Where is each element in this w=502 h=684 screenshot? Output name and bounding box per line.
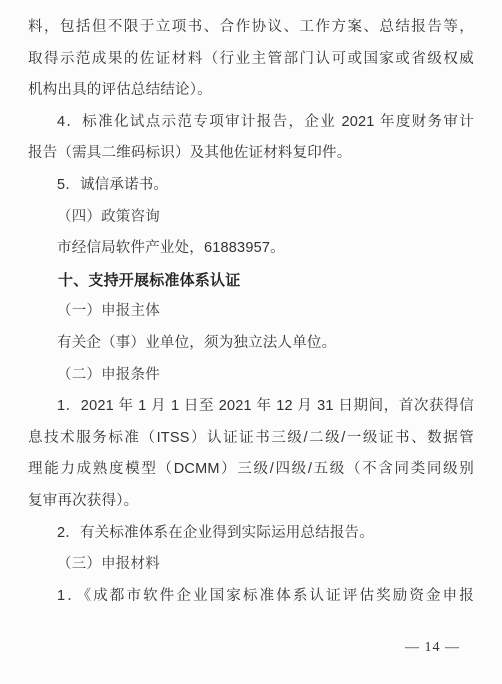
list-item-1-line: 1．2021 年 1 月 1 日至 2021 年 12 月 31 日期间，首次获…	[28, 391, 474, 423]
paragraph-line: 料，包括但不限于立项书、合作协议、工作方案、总结报告等，	[28, 12, 474, 44]
list-item-5-line: 5．诚信承诺书。	[28, 170, 474, 202]
paragraph-line: 机构出具的评估总结结论）。	[28, 75, 474, 107]
list-item-4-line: 报告（需具二维码标识）及其他佐证材料复印件。	[28, 138, 474, 170]
list-item-1-line: 息技术服务标准（ITSS）认证证书三级/二级/一级证书、数据管	[28, 423, 474, 455]
paragraph-line: 有关企（事）业单位，须为独立法人单位。	[28, 328, 474, 360]
list-item-1-line: 理能力成熟度模型（DCMM）三级/四级/五级（不含同类同级别	[28, 454, 474, 486]
document-text-block: 料，包括但不限于立项书、合作协议、工作方案、总结报告等， 取得示范成果的佐证材料…	[28, 12, 474, 612]
list-item-2-line: 2．有关标准体系在企业得到实际运用总结报告。	[28, 518, 474, 550]
section-heading-10: 十、支持开展标准体系认证	[28, 265, 474, 297]
list-item-1-line: 复审再次获得）。	[28, 486, 474, 518]
list-item-4-line: 4．标准化试点示范专项审计报告，企业 2021 年度财务审计	[28, 107, 474, 139]
subsection-heading-3: （三）申报材料	[28, 549, 474, 581]
subsection-heading-1: （一）申报主体	[28, 296, 474, 328]
contact-info-line: 市经信局软件产业处，61883957。	[28, 233, 474, 265]
subsection-heading-4: （四）政策咨询	[28, 202, 474, 234]
subsection-heading-2: （二）申报条件	[28, 360, 474, 392]
page-number: — 14 —	[405, 637, 460, 659]
paragraph-line: 取得示范成果的佐证材料（行业主管部门认可或国家或省级权威	[28, 44, 474, 76]
document-page: 料，包括但不限于立项书、合作协议、工作方案、总结报告等， 取得示范成果的佐证材料…	[0, 0, 502, 684]
list-item-1-line: 1．《成都市软件企业国家标准体系认证评估奖励资金申报	[28, 581, 474, 613]
